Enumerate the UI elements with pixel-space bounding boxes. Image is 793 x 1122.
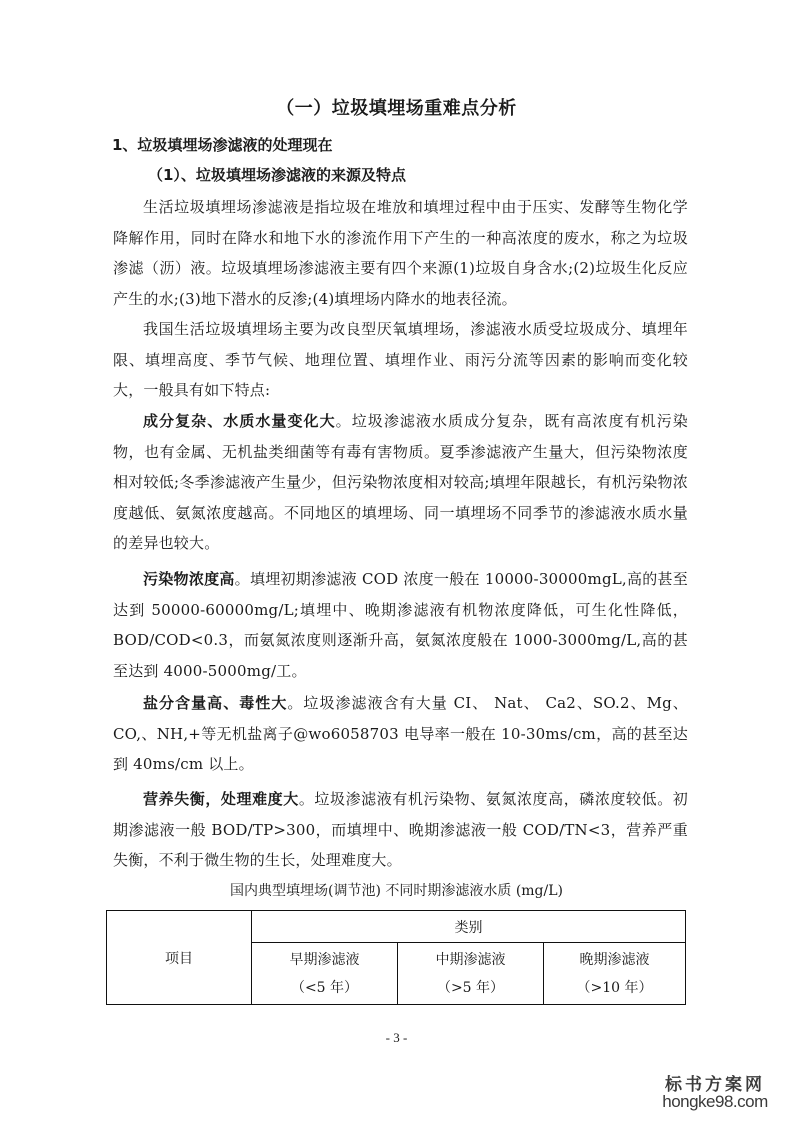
paragraph-concentration: 污染物浓度高。填埋初期渗滤液 COD 浓度一般在 10000-30000mgL,… xyxy=(113,564,688,686)
paragraph-lead: 污染物浓度高 xyxy=(143,570,235,588)
item-header: 项目 xyxy=(165,951,193,967)
subsection-heading: （1）、垃圾填埋场渗滤液的来源及特点 xyxy=(148,164,406,185)
section-heading: 1、垃圾填埋场渗滤液的处理现在 xyxy=(112,134,332,155)
paragraph-text: 我国生活垃圾填埋场主要为改良型厌氧填埋场，渗滤液水质受垃圾成分、填埋年限、填埋高… xyxy=(113,320,688,399)
column-name: 晚期渗滤液 xyxy=(544,946,685,974)
column-header-late: 晚期渗滤液 （>10 年） xyxy=(544,943,686,1005)
column-range: （>5 年） xyxy=(398,974,543,1002)
page-title: （一）垃圾填埋场重难点分析 xyxy=(0,94,793,120)
column-header-early: 早期渗滤液 （<5 年） xyxy=(252,943,398,1005)
column-header-middle: 中期渗滤液 （>5 年） xyxy=(398,943,544,1005)
paragraph-lead: 盐分含量高、毒性大 xyxy=(143,694,287,712)
table-caption: 国内典型填埋场(调节池) 不同时期渗滤液水质 (mg/L) xyxy=(0,880,793,900)
document-page: （一）垃圾填埋场重难点分析 1、垃圾填埋场渗滤液的处理现在 （1）、垃圾填埋场渗… xyxy=(0,0,793,1122)
page-number: - 3 - xyxy=(0,1030,793,1046)
column-name: 中期渗滤液 xyxy=(398,946,543,974)
paragraph-composition: 成分复杂、水质水量变化大。垃圾渗滤液水质成分复杂，既有高浓度有机污染物，也有金属… xyxy=(113,406,688,559)
paragraph-lead: 营养失衡，处理难度大 xyxy=(143,790,299,808)
category-header-cell: 类别 xyxy=(252,911,686,943)
paragraph-text: 。垃圾渗滤液水质成分复杂，既有高浓度有机污染物，也有金属、无机盐类细菌等有毒有害… xyxy=(113,412,688,552)
category-header: 类别 xyxy=(455,920,483,936)
paragraph-nutrients: 营养失衡，处理难度大。垃圾渗滤液有机污染物、氨氮浓度高，磷浓度较低。初期渗滤液一… xyxy=(113,784,688,876)
column-name: 早期渗滤液 xyxy=(252,946,397,974)
column-range: （<5 年） xyxy=(252,974,397,1002)
watermark-en: hongke98.com xyxy=(650,1092,780,1112)
paragraph-overview: 我国生活垃圾填埋场主要为改良型厌氧填埋场，渗滤液水质受垃圾成分、填埋年限、填埋高… xyxy=(113,314,688,406)
item-header-cell: 项目 xyxy=(107,911,252,1005)
watermark: 标书方案网 hongke98.com xyxy=(650,1070,780,1112)
column-range: （>10 年） xyxy=(544,974,685,1002)
paragraph-lead: 成分复杂、水质水量变化大 xyxy=(143,412,336,430)
paragraph-salinity: 盐分含量高、毒性大。垃圾渗滤液含有大量 CI、 Nat、 Ca2、SO.2、Mg… xyxy=(113,688,688,780)
paragraph-text: 生活垃圾填埋场渗滤液是指垃圾在堆放和填埋过程中由于压实、发酵等生物化学降解作用，… xyxy=(113,198,688,308)
paragraph-definition: 生活垃圾填埋场渗滤液是指垃圾在堆放和填埋过程中由于压实、发酵等生物化学降解作用，… xyxy=(113,192,688,314)
leachate-quality-table: 项目 类别 早期渗滤液 （<5 年） 中期渗滤液 （>5 年） 晚期渗滤液 （>… xyxy=(106,910,686,1005)
